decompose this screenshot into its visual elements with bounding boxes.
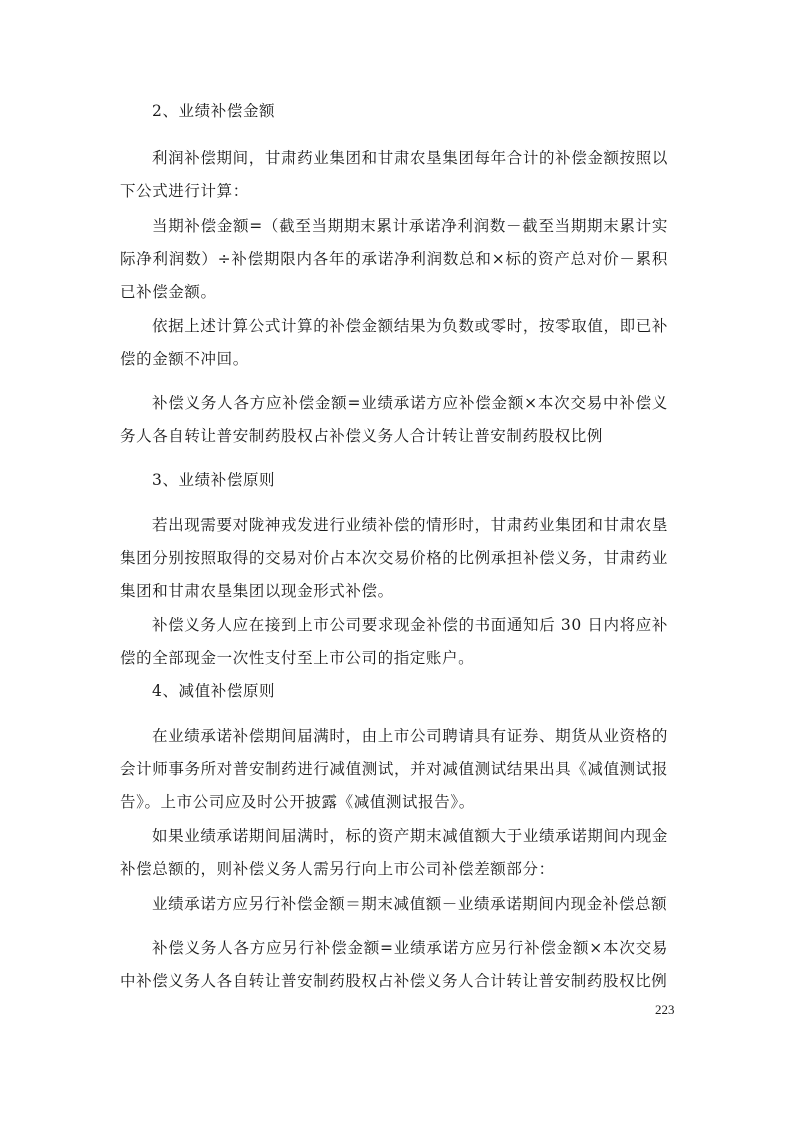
formula-paragraph: 当期补偿金额=（截至当期期末累计承诺净利润数－截至当期期末累计实际净利润数）÷补… (120, 210, 668, 309)
section-heading: 2、业绩补偿金额 (152, 95, 275, 128)
document-page: 2、业绩补偿金额 利润补偿期间，甘肃药业集团和甘肃农垦集团每年合计的补偿金额按照… (0, 0, 793, 1122)
formula-paragraph: 业绩承诺方应另行补偿金额＝期末减值额－业绩承诺期间内现金补偿总额 (120, 888, 668, 921)
formula-paragraph: 补偿义务人各方应补偿金额=业绩承诺方应补偿金额×本次交易中补偿义务人各自转让普安… (120, 387, 668, 453)
page-number: 223 (655, 1002, 675, 1018)
formula-paragraph: 补偿义务人各方应另行补偿金额=业绩承诺方应另行补偿金额×本次交易中补偿义务人各自… (120, 932, 668, 998)
paragraph: 利润补偿期间，甘肃药业集团和甘肃农垦集团每年合计的补偿金额按照以下公式进行计算： (120, 142, 668, 208)
paragraph: 若出现需要对陇神戎发进行业绩补偿的情形时，甘肃药业集团和甘肃农垦集团分别按照取得… (120, 509, 668, 608)
paragraph: 依据上述计算公式计算的补偿金额结果为负数或零时，按零取值，即已补偿的金额不冲回。 (120, 310, 668, 376)
section-heading: 3、业绩补偿原则 (152, 464, 275, 497)
paragraph: 补偿义务人应在接到上市公司要求现金补偿的书面通知后 30 日内将应补偿的全部现金… (120, 609, 668, 675)
paragraph: 在业绩承诺补偿期间届满时，由上市公司聘请具有证券、期货从业资格的会计师事务所对普… (120, 720, 668, 819)
section-heading: 4、减值补偿原则 (152, 675, 275, 708)
paragraph: 如果业绩承诺期间届满时，标的资产期末减值额大于业绩承诺期间内现金补偿总额的，则补… (120, 820, 668, 886)
